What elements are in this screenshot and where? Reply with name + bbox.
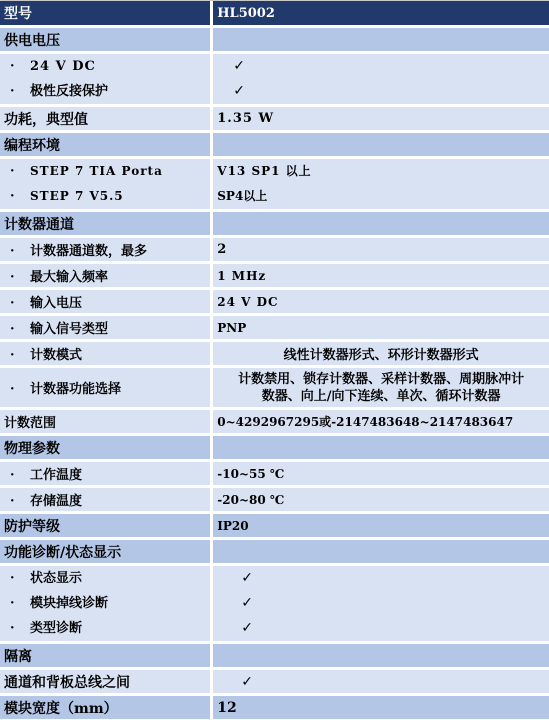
section-title: 功能诊断/状态显示	[0, 540, 213, 566]
list-item: ·存储温度 -20~80 ℃	[0, 488, 549, 514]
spec-table: 型号 HL5002 供电电压 ·24 V DC ·极性反接保护 ✓ ✓ 功耗，典…	[0, 0, 549, 720]
list-item: ·计数模式 线性计数器形式、环形计数器形式	[0, 342, 549, 368]
diagnostics-items-row: ·状态显示 ·模块掉线诊断 ·类型诊断 ✓ ✓ ✓	[0, 566, 549, 644]
section-isolation: 隔离	[0, 644, 549, 670]
protection-row: 防护等级 IP20	[0, 514, 549, 540]
check-icon: ✓	[241, 674, 253, 690]
list-item: ·极性反接保护	[4, 79, 206, 104]
consumption-row: 功耗，典型值 1.35 W	[0, 107, 549, 133]
check-icon: ✓	[241, 566, 253, 591]
check-icon: ✓	[233, 54, 245, 79]
list-item: ·计数器功能选择 计数禁用、锁存计数器、采样计数器、周期脉冲计 数器、向上/向下…	[0, 368, 549, 410]
section-title: 供电电压	[0, 28, 213, 54]
section-counter: 计数器通道	[0, 212, 549, 238]
list-item: ·类型诊断	[4, 616, 206, 641]
table-border	[1, 716, 2, 720]
check-icon: ✓	[241, 591, 253, 616]
module-width-row: 模块宽度（mm） 12	[0, 696, 549, 720]
section-power: 供电电压	[0, 28, 549, 54]
list-item: ·状态显示	[4, 566, 206, 591]
check-icon: ✓	[241, 616, 253, 641]
list-item: 计数范围 0~4292967295或-2147483648~2147483647	[0, 410, 549, 436]
list-item: ·输入信号类型 PNP	[0, 316, 549, 342]
section-title: 计数器通道	[0, 212, 213, 238]
model-value: HL5002	[213, 1, 549, 28]
table-border	[209, 716, 210, 720]
power-items-row: ·24 V DC ·极性反接保护 ✓ ✓	[0, 54, 549, 107]
check-icon: ✓	[233, 79, 245, 104]
list-item: ·最大输入频率 1 MHz	[0, 264, 549, 290]
section-title: 编程环境	[0, 133, 213, 159]
list-item: ·计数器通道数，最多 2	[0, 238, 549, 264]
list-item: ·24 V DC	[4, 54, 206, 79]
header-row: 型号 HL5002	[0, 1, 549, 28]
section-title: 物理参数	[0, 436, 213, 462]
list-item: ·工作温度 -10~55 ℃	[0, 462, 549, 488]
list-item: ·模块掉线诊断	[4, 591, 206, 616]
model-label: 型号	[0, 1, 213, 28]
section-title: 隔离	[0, 644, 213, 670]
section-programming: 编程环境	[0, 133, 549, 159]
section-diagnostics: 功能诊断/状态显示	[0, 540, 549, 566]
list-item: ·STEP 7 TIA Porta	[4, 159, 206, 184]
programming-items-row: ·STEP 7 TIA Porta ·STEP 7 V5.5 V13 SP1 以…	[0, 159, 549, 212]
list-item: ·STEP 7 V5.5	[4, 184, 206, 209]
list-item: 通道和背板总线之间 ✓	[0, 670, 549, 696]
list-item: ·输入电压 24 V DC	[0, 290, 549, 316]
section-physical: 物理参数	[0, 436, 549, 462]
